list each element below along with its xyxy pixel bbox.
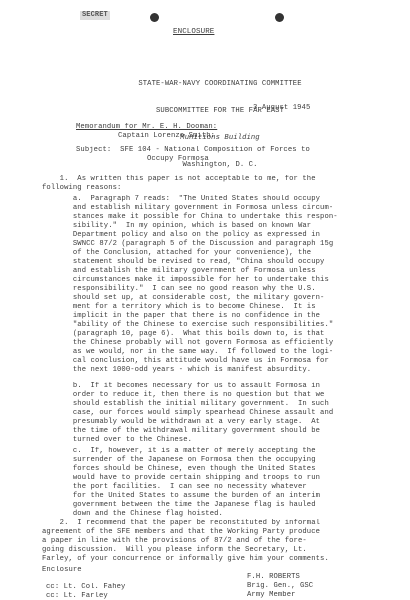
paragraph: c. If, however, it is a matter of merely… — [42, 447, 372, 519]
paragraph-line: of the Conclusion, attached for your con… — [42, 249, 372, 258]
signature-role: Army Member — [247, 591, 296, 600]
paragraph-line: sibility." In my opinion, which is based… — [42, 222, 372, 231]
paragraph-line: down and the Chinese flag hoisted. — [42, 510, 372, 519]
paragraph-line: Farley, of your concurrence or informall… — [42, 555, 372, 564]
subject-text: SFE 104 - National Composition of Forces… — [120, 146, 310, 154]
memo-recipient: Memorandum for Mr. E. H. Dooman: — [76, 123, 217, 132]
punch-hole-icon — [150, 13, 159, 22]
memo-recipient-2: Captain Lorenzo Smith: — [118, 132, 215, 141]
paragraph-line: 1. As written this paper is not acceptab… — [42, 175, 372, 184]
paragraph-line: and establish military government in For… — [42, 204, 372, 213]
letterhead-line: STATE-WAR-NAVY COORDINATING COMMITTEE — [120, 80, 320, 89]
paragraph-line: cal conclusion, this attitude would have… — [42, 357, 372, 366]
paragraph-line: agreement of the SFE members and that th… — [42, 528, 372, 537]
paragraph-line: c. If, however, it is a matter of merely… — [42, 447, 372, 456]
classification-stamp: SECRET — [80, 11, 110, 20]
paragraph-line: turned over to the Chinese. — [42, 436, 372, 445]
paragraph-line: should establish the initial military go… — [42, 400, 372, 409]
paragraph-line: the time of the withdrawal military gove… — [42, 427, 372, 436]
paragraph-line: surrender of the Japanese on Formosa the… — [42, 456, 372, 465]
paragraph-line: statement should be revised to read, "Ch… — [42, 258, 372, 267]
document-page: SECRET ENCLOSURE STATE-WAR-NAVY COORDINA… — [0, 0, 410, 600]
paragraph-line: responsibility." I can see no good reaso… — [42, 285, 372, 294]
paragraph-line: ment for a territory which is to become … — [42, 303, 372, 312]
punch-hole-icon — [275, 13, 284, 22]
paragraph-line: SWNCC 87/2 (paragraph 5 of the Discussio… — [42, 240, 372, 249]
paragraph-line: circumstances make it impossible for her… — [42, 276, 372, 285]
paragraph-line: going discussion. Will you please inform… — [42, 546, 372, 555]
paragraph-line: and establish the military government of… — [42, 267, 372, 276]
paragraph-line: presumably would be withdrawn at a very … — [42, 418, 372, 427]
cc-line: cc: Lt. Col. Fahey — [46, 583, 125, 592]
document-date: 3 August 1945 — [253, 104, 310, 113]
paragraph: b. If it becomes necessary for us to ass… — [42, 382, 372, 445]
paragraph-line: forces should be Chinese, even though th… — [42, 465, 372, 474]
signature-title: Brig. Gen., GSC — [247, 582, 313, 591]
paragraph-line: stances make it possible for China to un… — [42, 213, 372, 222]
subject-line-2: Occupy Formosa — [147, 155, 209, 164]
paragraph: 2. I recommend that the paper be reconst… — [42, 519, 372, 564]
paragraph-line: would have to provide certain shipping a… — [42, 474, 372, 483]
paragraph-line: should set up, at considerable cost, the… — [42, 294, 372, 303]
paragraph-line: case, our forces would simply spearhead … — [42, 409, 372, 418]
paragraph-line: a paper in line with the provisions of 8… — [42, 537, 372, 546]
subject-label: Subject: — [76, 146, 111, 154]
paragraph: a. Paragraph 7 reads: "The United States… — [42, 195, 372, 375]
paragraph-line: for the United States to assume the burd… — [42, 492, 372, 501]
paragraph-line: implicit in the paper that there is no c… — [42, 312, 372, 321]
subject-line: Subject: SFE 104 - National Composition … — [76, 146, 310, 155]
signature-name: F.H. ROBERTS — [247, 573, 300, 582]
enclosure-label: Enclosure — [42, 566, 82, 575]
paragraph-line: 2. I recommend that the paper be reconst… — [42, 519, 372, 528]
paragraph-line: (paragraph 10, page 6). What this boils … — [42, 330, 372, 339]
paragraph-line: the Chinese probably will not govern For… — [42, 339, 372, 348]
paragraph-line: b. If it becomes necessary for us to ass… — [42, 382, 372, 391]
cc-line: cc: Lt. Farley — [46, 592, 108, 600]
paragraph-line: Department policy and also on the policy… — [42, 231, 372, 240]
paragraph-line: "ability of the Chinese to exercise such… — [42, 321, 372, 330]
paragraph-line: as we would, nor in the same way. If fol… — [42, 348, 372, 357]
paragraph-line: the next 1000-odd years - which is manif… — [42, 366, 372, 375]
paragraph-line: government between the time the Japanese… — [42, 501, 372, 510]
paragraph-line: a. Paragraph 7 reads: "The United States… — [42, 195, 372, 204]
paragraph-line: order to reduce it, then there is no que… — [42, 391, 372, 400]
document-title: ENCLOSURE — [173, 28, 214, 37]
paragraph-line: the port facilities. I can see no necess… — [42, 483, 372, 492]
paragraph: 1. As written this paper is not acceptab… — [42, 175, 372, 193]
paragraph-line: following reasons: — [42, 184, 372, 193]
